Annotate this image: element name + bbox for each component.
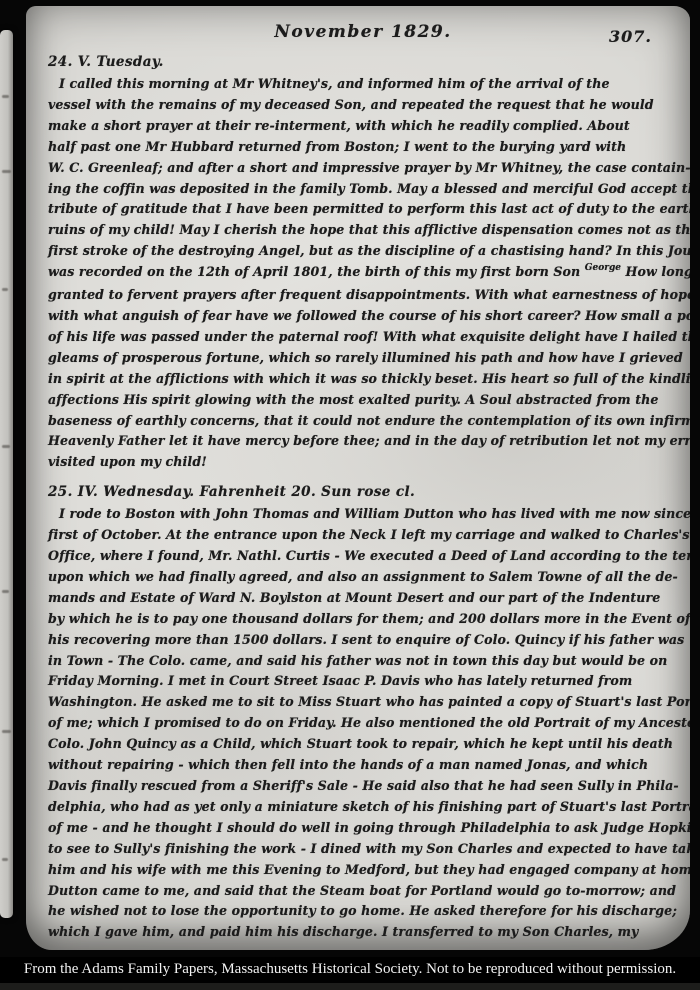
credit-strip: [0, 983, 700, 990]
facing-page-edge: [0, 30, 13, 918]
entry-body: I rode to Boston with John Thomas and Wi…: [48, 504, 678, 943]
bleedthrough-mark: [2, 730, 11, 733]
credit-band: From the Adams Family Papers, Massachuse…: [0, 957, 700, 990]
manuscript-line: first of October. At the entrance upon t…: [48, 525, 678, 546]
page-header: November 1829. 307.: [48, 22, 678, 52]
manuscript-line: which I gave him, and paid him his disch…: [48, 922, 678, 943]
manuscript-line: Office, where I found, Mr. Nathl. Curtis…: [48, 546, 678, 567]
bleedthrough-mark: [2, 858, 8, 861]
manuscript-line: him and his wife with me this Evening to…: [48, 860, 678, 881]
manuscript-line: by which he is to pay one thousand dolla…: [48, 609, 678, 630]
manuscript-line: with what anguish of fear have we follow…: [48, 306, 678, 327]
manuscript-line: delphia, who had as yet only a miniature…: [48, 797, 678, 818]
manuscript-line: mands and Estate of Ward N. Boylston at …: [48, 588, 678, 609]
manuscript-line: in spirit at the afflictions with which …: [48, 369, 678, 390]
manuscript-line: half past one Mr Hubbard returned from B…: [48, 137, 678, 158]
manuscript-line: first stroke of the destroying Angel, bu…: [48, 241, 678, 262]
diary-entry: 25. IV. Wednesday. Fahrenheit 20. Sun ro…: [48, 482, 678, 943]
entry-body: I called this morning at Mr Whitney's, a…: [48, 74, 678, 473]
page-number: 307.: [609, 27, 652, 46]
bleedthrough-mark: [2, 170, 11, 173]
manuscript-line: I rode to Boston with John Thomas and Wi…: [48, 504, 678, 525]
manuscript-line: ruins of my child! May I cherish the hop…: [48, 220, 678, 241]
manuscript-line: vessel with the remains of my deceased S…: [48, 95, 678, 116]
manuscript-line: his recovering more than 1500 dollars. I…: [48, 630, 678, 651]
manuscript-line: granted to fervent prayers after frequen…: [48, 285, 678, 306]
manuscript-line: of me; which I promised to do on Friday.…: [48, 713, 678, 734]
page-title: November 1829.: [48, 22, 678, 42]
entry-heading: 25. IV. Wednesday. Fahrenheit 20. Sun ro…: [48, 482, 678, 503]
bleedthrough-mark: [2, 95, 9, 98]
manuscript-line: to see to Sully's finishing the work - I…: [48, 839, 678, 860]
manuscript-line: ing the coffin was deposited in the fami…: [48, 179, 678, 200]
manuscript-page: November 1829. 307. 24. V. Tuesday. I ca…: [26, 6, 690, 950]
diary-entry: 24. V. Tuesday. I called this morning at…: [48, 52, 678, 473]
bleedthrough-mark: [2, 590, 9, 593]
manuscript-line: Dutton came to me, and said that the Ste…: [48, 881, 678, 902]
manuscript-line: Friday Morning. I met in Court Street Is…: [48, 671, 678, 692]
manuscript-line: of his life was passed under the paterna…: [48, 327, 678, 348]
manuscript-line: I called this morning at Mr Whitney's, a…: [48, 74, 678, 95]
manuscript-line: make a short prayer at their re-intermen…: [48, 116, 678, 137]
credit-text: From the Adams Family Papers, Massachuse…: [0, 957, 700, 981]
bleedthrough-mark: [2, 445, 10, 448]
manuscript-line: affections His spirit glowing with the m…: [48, 390, 678, 411]
manuscript-line: without repairing - which then fell into…: [48, 755, 678, 776]
manuscript-line: was recorded on the 12th of April 1801, …: [48, 262, 678, 285]
manuscript-line: gleams of prosperous fortune, which so r…: [48, 348, 678, 369]
manuscript-line: upon which we had finally agreed, and al…: [48, 567, 678, 588]
manuscript-line: baseness of earthly concerns, that it co…: [48, 411, 678, 432]
manuscript-line: he wished not to lose the opportunity to…: [48, 901, 678, 922]
bleedthrough-mark: [2, 288, 8, 291]
entry-heading: 24. V. Tuesday.: [48, 52, 678, 73]
manuscript-line: Colo. John Quincy as a Child, which Stua…: [48, 734, 678, 755]
manuscript-line: W. C. Greenleaf; and after a short and i…: [48, 158, 678, 179]
interlined-word: George: [585, 263, 621, 273]
manuscript-line: Washington. He asked me to sit to Miss S…: [48, 692, 678, 713]
manuscript-line: of me - and he thought I should do well …: [48, 818, 678, 839]
manuscript-line: Heavenly Father let it have mercy before…: [48, 431, 678, 452]
manuscript-line: tribute of gratitude that I have been pe…: [48, 199, 678, 220]
manuscript-line: in Town - The Colo. came, and said his f…: [48, 651, 678, 672]
manuscript-line: visited upon my child!: [48, 452, 678, 473]
manuscript-line: Davis finally rescued from a Sheriff's S…: [48, 776, 678, 797]
